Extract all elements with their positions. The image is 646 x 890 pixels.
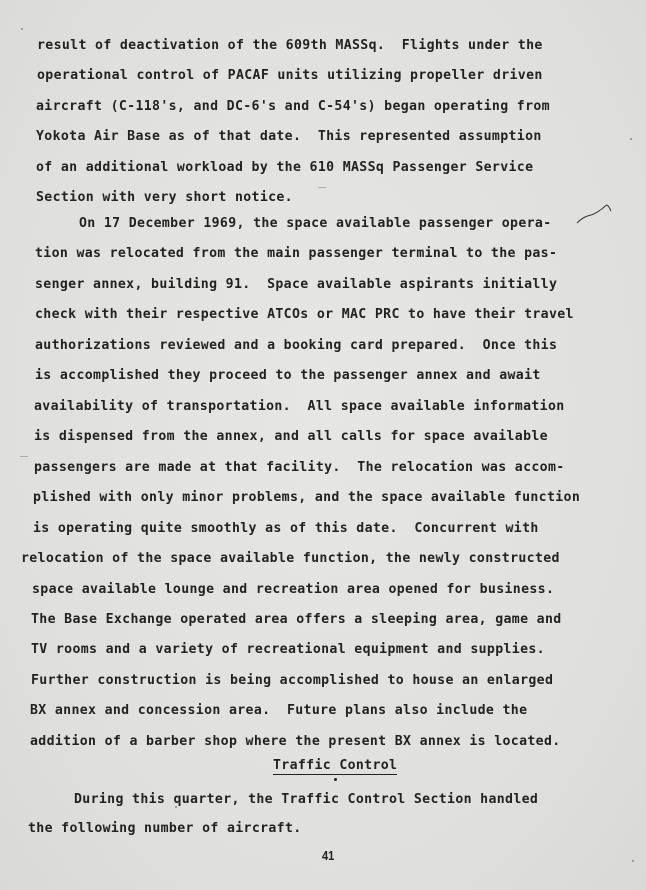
text-line: Further construction is being accomplish… bbox=[31, 673, 553, 689]
text-line: check with their respective ATCOs or MAC… bbox=[35, 307, 574, 323]
scan-speck bbox=[21, 28, 23, 30]
text-line: senger annex, building 91. Space availab… bbox=[35, 277, 557, 293]
text-line: tion was relocated from the main passeng… bbox=[35, 246, 557, 262]
text-line: BX annex and concession area. Future pla… bbox=[30, 703, 527, 719]
text-line: result of deactivation of the 609th MASS… bbox=[37, 38, 543, 54]
text-line: authorizations reviewed and a booking ca… bbox=[35, 338, 557, 354]
pen-mark-icon bbox=[575, 203, 615, 227]
text-line: aircraft (C-118's, and DC-6's and C-54's… bbox=[36, 99, 550, 115]
scan-speck bbox=[318, 187, 326, 188]
section-heading: Traffic Control bbox=[273, 758, 397, 774]
text-line: relocation of the space available functi… bbox=[21, 551, 560, 567]
text-line: TV rooms and a variety of recreational e… bbox=[31, 642, 545, 658]
text-line: addition of a barber shop where the pres… bbox=[30, 734, 561, 750]
text-line: plished with only minor problems, and th… bbox=[33, 490, 580, 506]
text-line: is operating quite smoothly as of this d… bbox=[33, 521, 539, 537]
document-page: result of deactivation of the 609th MASS… bbox=[0, 0, 646, 890]
scan-speck bbox=[175, 806, 177, 808]
section-heading-text: Traffic Control bbox=[273, 758, 397, 775]
text-line: The Base Exchange operated area offers a… bbox=[31, 612, 562, 628]
text-line: Section with very short notice. bbox=[36, 190, 293, 206]
text-line: passengers are made at that facility. Th… bbox=[34, 460, 565, 476]
scan-speck bbox=[20, 456, 28, 457]
text-line: availability of transportation. All spac… bbox=[34, 399, 565, 415]
text-line: space available lounge and recreation ar… bbox=[32, 582, 554, 598]
stray-mark bbox=[334, 778, 337, 781]
text-line: Yokota Air Base as of that date. This re… bbox=[36, 129, 542, 145]
text-line: of an additional workload by the 610 MAS… bbox=[36, 160, 533, 176]
scan-speck bbox=[632, 860, 634, 862]
page-number: 41 bbox=[322, 848, 334, 863]
text-line: On 17 December 1969, the space available… bbox=[79, 216, 552, 232]
text-line: the following number of aircraft. bbox=[28, 821, 302, 837]
text-line: is accomplished they proceed to the pass… bbox=[35, 368, 541, 384]
text-line: operational control of PACAF units utili… bbox=[37, 68, 543, 84]
scan-speck bbox=[630, 138, 632, 140]
text-line: is dispensed from the annex, and all cal… bbox=[34, 429, 548, 445]
text-line: During this quarter, the Traffic Control… bbox=[74, 792, 538, 808]
